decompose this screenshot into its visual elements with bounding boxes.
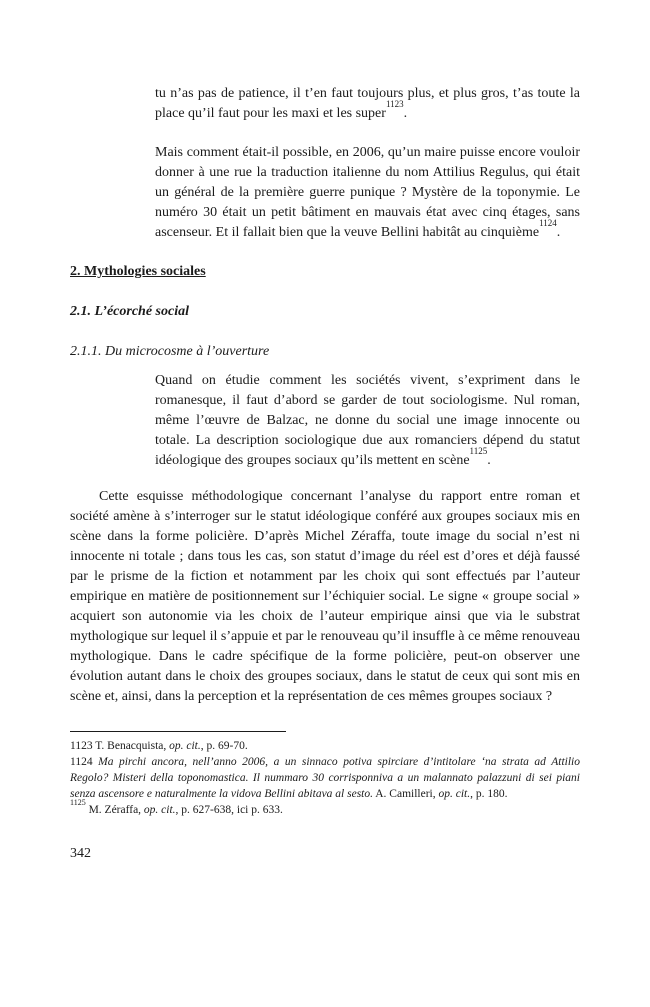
- footnote-1125-text: M. Zéraffa,: [86, 804, 144, 816]
- footnote-1125-number: 1125: [70, 798, 86, 807]
- quote-2-text: Mais comment était-il possible, en 2006,…: [155, 145, 580, 240]
- document-page: tu n’as pas de patience, il t’en faut to…: [0, 0, 650, 1007]
- footnote-1123-pages: , p. 69-70.: [201, 740, 248, 752]
- footnote-1124-author: A. Camilleri,: [373, 788, 438, 800]
- footnote-1123-opcit: op. cit.: [169, 740, 201, 752]
- footnote-1123-text: T. Benacquista,: [93, 740, 170, 752]
- page-number: 342: [70, 844, 580, 864]
- quote-1-period: .: [404, 106, 408, 121]
- quote-paragraph-2: Mais comment était-il possible, en 2006,…: [155, 143, 580, 243]
- footnote-1124-opcit: op. cit.: [438, 788, 470, 800]
- quote-paragraph-1: tu n’as pas de patience, il t’en faut to…: [155, 84, 580, 124]
- footnote-ref-1125: 1125: [470, 446, 488, 456]
- body-paragraph: Cette esquisse méthodologique concernant…: [70, 487, 580, 707]
- subsection-heading-2-1: 2.1. L’écorché social: [70, 302, 580, 322]
- indented-paragraph: Quand on étudie comment les sociétés viv…: [155, 371, 580, 471]
- footnote-1125-pages: , p. 627-638, ici p. 633.: [176, 804, 283, 816]
- subsubsection-heading-2-1-1: 2.1.1. Du microcosme à l’ouverture: [70, 342, 580, 362]
- footnote-ref-1124: 1124: [539, 218, 557, 228]
- footnote-1123-number: 1123: [70, 740, 93, 752]
- footnote-1124-number: 1124: [70, 756, 93, 768]
- indented-paragraph-text: Quand on étudie comment les sociétés viv…: [155, 373, 580, 468]
- footnote-separator: [70, 731, 286, 732]
- indented-paragraph-period: .: [487, 453, 491, 468]
- block-quote: tu n’as pas de patience, il t’en faut to…: [155, 84, 580, 243]
- indented-paragraph-block: Quand on étudie comment les sociétés viv…: [155, 371, 580, 471]
- quote-2-period: .: [557, 225, 561, 240]
- footnote-1123: 1123 T. Benacquista, op. cit., p. 69-70.: [70, 738, 580, 754]
- footnote-1125-opcit: op. cit.: [144, 804, 176, 816]
- footnote-1124-pages: , p. 180.: [470, 788, 507, 800]
- footnote-1124: 1124 Ma pirchi ancora, nell’anno 2006, a…: [70, 754, 580, 802]
- footnotes-section: 1123 T. Benacquista, op. cit., p. 69-70.…: [70, 738, 580, 818]
- footnote-1125: 1125 M. Zéraffa, op. cit., p. 627-638, i…: [70, 802, 580, 818]
- section-heading-2: 2. Mythologies sociales: [70, 262, 580, 282]
- quote-1-text: tu n’as pas de patience, il t’en faut to…: [155, 86, 580, 121]
- footnote-ref-1123: 1123: [386, 99, 404, 109]
